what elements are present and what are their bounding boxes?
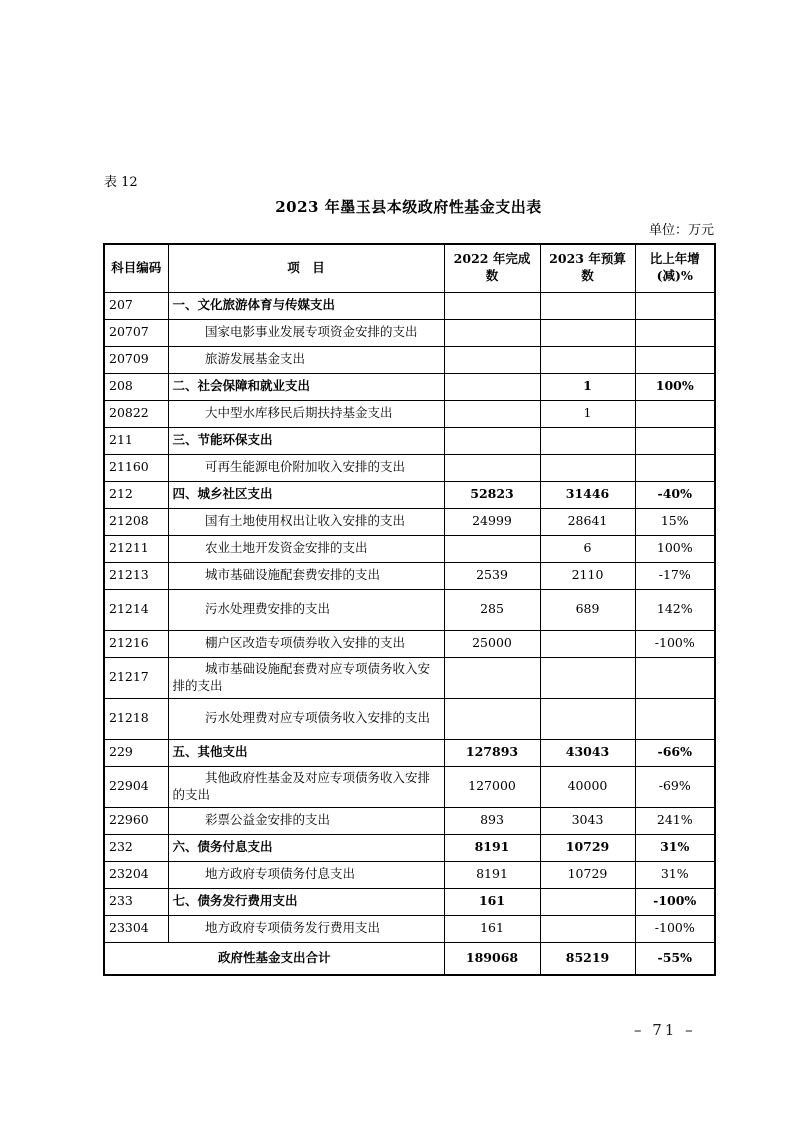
cell-change: 31% xyxy=(635,861,715,888)
total-y2022: 189068 xyxy=(444,942,540,975)
cell-y2023: 3043 xyxy=(540,807,635,834)
cell-change xyxy=(635,292,715,319)
cell-code: 208 xyxy=(104,373,168,400)
cell-item: 污水处理费对应专项债务收入安排的支出 xyxy=(168,698,444,739)
cell-change xyxy=(635,400,715,427)
table-row-229: 229五、其他支出12789343043-66% xyxy=(104,739,715,766)
cell-code: 21208 xyxy=(104,508,168,535)
table-row-20709: 20709旅游发展基金支出 xyxy=(104,346,715,373)
table-row-21208: 21208国有土地使用权出让收入安排的支出249992864115% xyxy=(104,508,715,535)
cell-y2022: 52823 xyxy=(444,481,540,508)
cell-y2023: 1 xyxy=(540,373,635,400)
cell-y2023: 10729 xyxy=(540,861,635,888)
cell-code: 21211 xyxy=(104,535,168,562)
table-row-21216: 21216棚户区改造专项债券收入安排的支出25000-100% xyxy=(104,630,715,657)
cell-y2023 xyxy=(540,630,635,657)
column-header-y2022: 2022 年完成数 xyxy=(444,244,540,292)
cell-code: 21213 xyxy=(104,562,168,589)
cell-change: -100% xyxy=(635,915,715,942)
cell-change xyxy=(635,427,715,454)
cell-y2022 xyxy=(444,535,540,562)
cell-code: 21160 xyxy=(104,454,168,481)
cell-y2022 xyxy=(444,319,540,346)
cell-item: 三、节能环保支出 xyxy=(168,427,444,454)
column-header-item: 项 目 xyxy=(168,244,444,292)
cell-code: 21218 xyxy=(104,698,168,739)
cell-change xyxy=(635,698,715,739)
table-row-207: 207一、文化旅游体育与传媒支出 xyxy=(104,292,715,319)
cell-y2022: 24999 xyxy=(444,508,540,535)
cell-y2023 xyxy=(540,292,635,319)
cell-item: 地方政府专项债务付息支出 xyxy=(168,861,444,888)
cell-y2023: 28641 xyxy=(540,508,635,535)
cell-item: 城市基础设施配套费安排的支出 xyxy=(168,562,444,589)
cell-y2023 xyxy=(540,427,635,454)
column-header-y2023: 2023 年预算数 xyxy=(540,244,635,292)
cell-change xyxy=(635,319,715,346)
cell-y2022 xyxy=(444,454,540,481)
cell-item: 可再生能源电价附加收入安排的支出 xyxy=(168,454,444,481)
document-page: 表 12 2023 年墨玉县本级政府性基金支出表 单位：万元 科目编码项 目20… xyxy=(0,0,793,1122)
cell-code: 21214 xyxy=(104,589,168,630)
cell-y2022: 2539 xyxy=(444,562,540,589)
table-row-21211: 21211农业土地开发资金安排的支出6100% xyxy=(104,535,715,562)
cell-item: 旅游发展基金支出 xyxy=(168,346,444,373)
cell-code: 21217 xyxy=(104,657,168,698)
unit-note: 单位：万元 xyxy=(103,219,714,238)
cell-y2022: 127893 xyxy=(444,739,540,766)
table-row-23304: 23304地方政府专项债务发行费用支出161-100% xyxy=(104,915,715,942)
cell-y2022 xyxy=(444,657,540,698)
cell-change xyxy=(635,454,715,481)
cell-change: 100% xyxy=(635,373,715,400)
cell-change: -66% xyxy=(635,739,715,766)
cell-change xyxy=(635,657,715,698)
cell-item: 棚户区改造专项债券收入安排的支出 xyxy=(168,630,444,657)
table-row-232: 232六、债务付息支出81911072931% xyxy=(104,834,715,861)
cell-y2023: 1 xyxy=(540,400,635,427)
cell-y2023 xyxy=(540,698,635,739)
cell-change: -40% xyxy=(635,481,715,508)
cell-y2023: 2110 xyxy=(540,562,635,589)
cell-change: 142% xyxy=(635,589,715,630)
cell-y2022 xyxy=(444,698,540,739)
cell-item: 国家电影事业发展专项资金安排的支出 xyxy=(168,319,444,346)
cell-item: 七、债务发行费用支出 xyxy=(168,888,444,915)
cell-y2022: 8191 xyxy=(444,834,540,861)
cell-y2022: 161 xyxy=(444,915,540,942)
cell-code: 233 xyxy=(104,888,168,915)
total-y2023: 85219 xyxy=(540,942,635,975)
cell-item: 二、社会保障和就业支出 xyxy=(168,373,444,400)
cell-code: 21216 xyxy=(104,630,168,657)
cell-code: 22960 xyxy=(104,807,168,834)
cell-item: 五、其他支出 xyxy=(168,739,444,766)
cell-change: 31% xyxy=(635,834,715,861)
cell-y2022 xyxy=(444,373,540,400)
cell-item: 城市基础设施配套费对应专项债务收入安排的支出 xyxy=(168,657,444,698)
table-row-23204: 23204地方政府专项债务付息支出81911072931% xyxy=(104,861,715,888)
cell-item: 地方政府专项债务发行费用支出 xyxy=(168,915,444,942)
cell-code: 207 xyxy=(104,292,168,319)
table-row-21217: 21217城市基础设施配套费对应专项债务收入安排的支出 xyxy=(104,657,715,698)
cell-item: 农业土地开发资金安排的支出 xyxy=(168,535,444,562)
cell-code: 212 xyxy=(104,481,168,508)
cell-code: 232 xyxy=(104,834,168,861)
cell-y2022 xyxy=(444,346,540,373)
table-header-row: 科目编码项 目2022 年完成数2023 年预算数比上年增 (减)% xyxy=(104,244,715,292)
cell-code: 211 xyxy=(104,427,168,454)
table-row-212: 212四、城乡社区支出5282331446-40% xyxy=(104,481,715,508)
cell-code: 23304 xyxy=(104,915,168,942)
cell-item: 四、城乡社区支出 xyxy=(168,481,444,508)
cell-y2022: 161 xyxy=(444,888,540,915)
cell-y2022 xyxy=(444,400,540,427)
table-row-21218: 21218污水处理费对应专项债务收入安排的支出 xyxy=(104,698,715,739)
cell-y2022 xyxy=(444,292,540,319)
total-change: -55% xyxy=(635,942,715,975)
cell-y2023 xyxy=(540,319,635,346)
table-row-total: 政府性基金支出合计18906885219-55% xyxy=(104,942,715,975)
cell-change: 241% xyxy=(635,807,715,834)
cell-y2023 xyxy=(540,346,635,373)
table-row-20707: 20707国家电影事业发展专项资金安排的支出 xyxy=(104,319,715,346)
cell-y2023: 6 xyxy=(540,535,635,562)
cell-y2023: 10729 xyxy=(540,834,635,861)
cell-change: -100% xyxy=(635,630,715,657)
column-header-code: 科目编码 xyxy=(104,244,168,292)
cell-item: 六、债务付息支出 xyxy=(168,834,444,861)
table-row-22960: 22960彩票公益金安排的支出8933043241% xyxy=(104,807,715,834)
cell-y2022: 8191 xyxy=(444,861,540,888)
cell-code: 22904 xyxy=(104,766,168,807)
cell-change: -17% xyxy=(635,562,715,589)
cell-code: 20709 xyxy=(104,346,168,373)
cell-y2023: 40000 xyxy=(540,766,635,807)
cell-y2022 xyxy=(444,427,540,454)
cell-item: 一、文化旅游体育与传媒支出 xyxy=(168,292,444,319)
cell-y2022: 127000 xyxy=(444,766,540,807)
cell-y2023 xyxy=(540,888,635,915)
fund-expenditure-table: 科目编码项 目2022 年完成数2023 年预算数比上年增 (减)% 207一、… xyxy=(103,243,716,976)
table-row-21214: 21214污水处理费安排的支出285689142% xyxy=(104,589,715,630)
cell-y2023: 43043 xyxy=(540,739,635,766)
cell-y2022: 285 xyxy=(444,589,540,630)
cell-item: 国有土地使用权出让收入安排的支出 xyxy=(168,508,444,535)
total-label: 政府性基金支出合计 xyxy=(104,942,444,975)
table-row-20822: 20822大中型水库移民后期扶持基金支出1 xyxy=(104,400,715,427)
cell-change: 15% xyxy=(635,508,715,535)
table-row-22904: 22904其他政府性基金及对应专项债务收入安排的支出12700040000-69… xyxy=(104,766,715,807)
cell-y2022: 893 xyxy=(444,807,540,834)
cell-change: -100% xyxy=(635,888,715,915)
cell-y2023 xyxy=(540,657,635,698)
cell-y2023 xyxy=(540,454,635,481)
cell-y2023: 689 xyxy=(540,589,635,630)
cell-code: 20822 xyxy=(104,400,168,427)
cell-code: 20707 xyxy=(104,319,168,346)
table-row-211: 211三、节能环保支出 xyxy=(104,427,715,454)
column-header-change: 比上年增 (减)% xyxy=(635,244,715,292)
cell-item: 其他政府性基金及对应专项债务收入安排的支出 xyxy=(168,766,444,807)
page-title: 2023 年墨玉县本级政府性基金支出表 xyxy=(103,196,714,217)
cell-item: 彩票公益金安排的支出 xyxy=(168,807,444,834)
table-number-label: 表 12 xyxy=(104,171,138,190)
cell-item: 大中型水库移民后期扶持基金支出 xyxy=(168,400,444,427)
cell-code: 23204 xyxy=(104,861,168,888)
page-number: – 71 – xyxy=(634,1021,696,1039)
cell-change xyxy=(635,346,715,373)
table-row-208: 208二、社会保障和就业支出1100% xyxy=(104,373,715,400)
cell-item: 污水处理费安排的支出 xyxy=(168,589,444,630)
cell-y2023 xyxy=(540,915,635,942)
cell-change: 100% xyxy=(635,535,715,562)
cell-y2023: 31446 xyxy=(540,481,635,508)
table-row-21213: 21213城市基础设施配套费安排的支出25392110-17% xyxy=(104,562,715,589)
cell-change: -69% xyxy=(635,766,715,807)
cell-code: 229 xyxy=(104,739,168,766)
table-row-233: 233七、债务发行费用支出161-100% xyxy=(104,888,715,915)
cell-y2022: 25000 xyxy=(444,630,540,657)
table-row-21160: 21160可再生能源电价附加收入安排的支出 xyxy=(104,454,715,481)
